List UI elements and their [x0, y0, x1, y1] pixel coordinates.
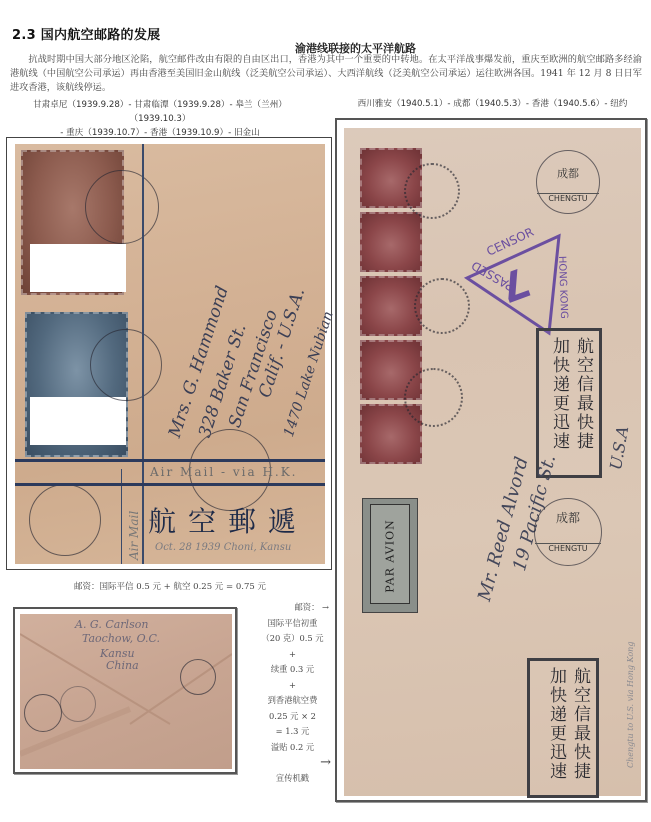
postage-line: 续重 0.3 元: [250, 662, 335, 678]
postage-line: 国际平信初重: [250, 616, 335, 632]
side-routing-note: Chengtu to U.S. via Hong Kong: [626, 642, 635, 768]
postage-footer: 宣传机戳: [250, 771, 335, 787]
postmark-stamp: [90, 329, 162, 401]
postmark-cjk: 成都: [535, 509, 601, 526]
postage-header-text: 邮资：: [295, 602, 320, 612]
airmail-cjk-label: 航空郵遞: [148, 500, 308, 540]
chengtu-postmark: 成都 CHENGTU: [534, 498, 602, 566]
cancel-postmark: [404, 163, 460, 219]
intro-paragraph: 抗战时期中国大部分地区沦陷，航空邮件改由有限的自由区出口，香港为其中一个重要的中…: [10, 53, 642, 95]
airmail-band-top: [15, 459, 325, 462]
postmark-choni: [29, 484, 101, 556]
route-note: Air Mail - via H.K.: [150, 465, 298, 479]
airmail-band-bottom: [15, 483, 325, 486]
postage-notes-header: 邮资： →: [250, 600, 335, 616]
postage-line: +: [250, 678, 335, 694]
left-route-caption: 甘肃卓尼（1939.9.28）- 甘肃临潭（1939.9.28）- 皋兰（兰州）…: [10, 98, 310, 140]
back-cover-frame: A. G. Carlson Taochow, O.C. Kansu China: [13, 607, 237, 774]
slogan-column: 航空信最快捷: [570, 667, 590, 781]
par-avion-label: PAR AVION: [362, 498, 418, 613]
postage-line: 到香港航空费: [250, 693, 335, 709]
airmail-side-label: Air Mail: [127, 511, 141, 560]
left-route-line-1: 甘肃卓尼（1939.9.28）- 甘肃临潭（1939.9.28）- 皋兰（兰州）…: [10, 98, 310, 126]
right-cover-envelope: 成都 CHENGTU 7 CENSOR HONG KONG PASSED 航空信…: [344, 128, 641, 796]
return-address-line: China: [106, 659, 139, 672]
slogan-column: 加快递更迅速: [549, 337, 569, 451]
postage-line: = 1.3 元: [250, 724, 335, 740]
cancel-postmark: [404, 368, 463, 427]
red-portrait-stamp: [360, 212, 422, 272]
back-cover-envelope: A. G. Carlson Taochow, O.C. Kansu China: [20, 614, 232, 769]
postmark-city: CHENGTU: [535, 543, 601, 553]
censor-top-text: CENSOR: [484, 228, 536, 259]
postmark-stamp: [85, 170, 159, 244]
postage-line: 溢贴 0.2 元: [250, 740, 335, 756]
return-address-line: A. G. Carlson: [75, 618, 148, 631]
airmail-slogan-box: 航空信最快捷 加快递更迅速: [527, 658, 599, 798]
return-address-line: Taochow, O.C.: [82, 632, 160, 645]
postmark-cjk: 成都: [537, 165, 599, 181]
slogan-column: 航空信最快捷: [573, 337, 593, 451]
postage-notes: 邮资： → 国际平信初重 （20 克）0.5 元 + 续重 0.3 元 + 到香…: [250, 600, 335, 786]
postmark-city: CHENGTU: [537, 193, 599, 203]
address-line: U.S.A: [606, 425, 632, 472]
left-postage-caption: 邮资：国际平信 0.5 元 + 航空 0.25 元 = 0.75 元: [0, 580, 340, 592]
redaction-box: [30, 244, 126, 292]
arrow-right-icon: →: [322, 602, 329, 612]
postage-line: （20 克）0.5 元: [250, 631, 335, 647]
origin-note: Oct. 28 1939 Choni, Kansu: [155, 542, 291, 553]
left-cover-frame: Mrs. G. Hammond 328 Baker St. San Franci…: [6, 137, 332, 570]
postage-line: +: [250, 647, 335, 663]
chengtu-postmark: 成都 CHENGTU: [536, 150, 600, 214]
par-avion-text: PAR AVION: [384, 519, 397, 592]
divider-line: [142, 144, 144, 564]
postage-line: 0.25 元 × 2: [250, 709, 335, 725]
redaction-box: [30, 397, 126, 445]
right-cover-frame: 成都 CHENGTU 7 CENSOR HONG KONG PASSED 航空信…: [335, 118, 647, 802]
transit-postmark: [60, 686, 96, 722]
transit-postmark: [24, 694, 62, 732]
censor-right-text: HONG KONG: [556, 256, 569, 319]
censor-triangle-mark: 7 CENSOR HONG KONG PASSED: [459, 228, 569, 338]
slogan-column: 加快递更迅速: [546, 667, 566, 781]
red-portrait-stamp: [360, 276, 422, 336]
intro-text: 抗战时期中国大部分地区沦陷，航空邮件改由有限的自由区出口，香港为其中一个重要的中…: [10, 53, 642, 95]
arrow-right-icon: →: [250, 755, 335, 771]
right-route-caption: 西川雅安（1940.5.1）- 成都（1940.5.3）- 香港（1940.5.…: [340, 97, 645, 109]
transit-postmark: [180, 659, 216, 695]
left-cover-envelope: Mrs. G. Hammond 328 Baker St. San Franci…: [15, 144, 325, 564]
